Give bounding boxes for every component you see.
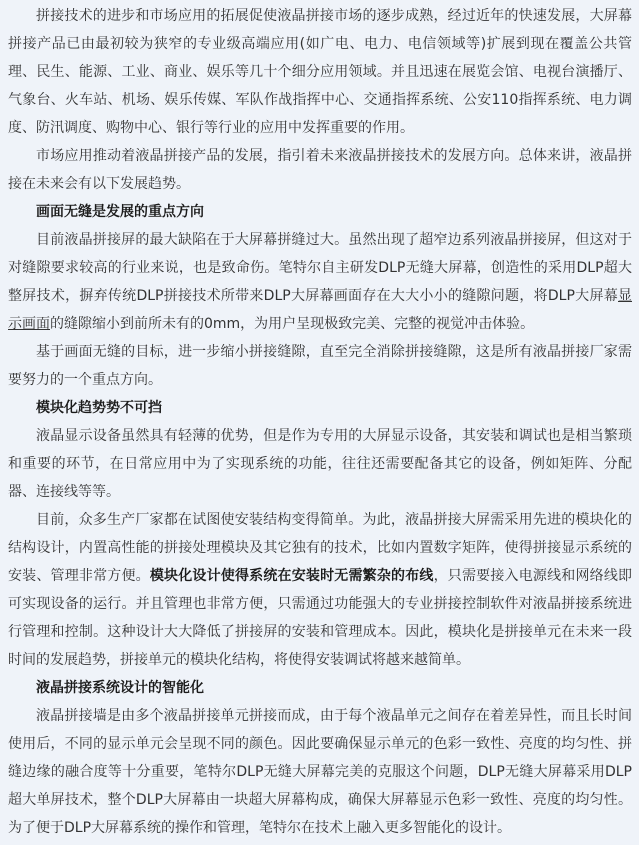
paragraph: 拼接技术的进步和市场应用的拓展促使液晶拼接市场的逐步成熟，经过近年的快速发展，大… [8,2,632,142]
text-run: 液晶拼接墙是由多个液晶拼接单元拼接而成，由于每个液晶单元之间存在着差异性，而且长… [8,708,632,836]
paragraph: 基于画面无缝的目标，进一步缩小拼接缝隙，直至完全消除拼接缝隙，这是所有液晶拼接厂… [8,338,632,394]
text-run: 目前液晶拼接屏的最大缺陷在于大屏幕拼缝过大。虽然出现了超窄边系列液晶拼接屏，但这… [8,232,632,304]
text-run: 基于画面无缝的目标，进一步缩小拼接缝隙，直至完全消除拼接缝隙，这是所有液晶拼接厂… [8,344,632,388]
paragraph: 液晶显示设备虽然具有轻薄的优势，但是作为专用的大屏显示设备，其安装和调试也是相当… [8,422,632,506]
section-heading: 液晶拼接系统设计的智能化 [8,674,632,702]
paragraph: 目前，众多生产厂家都在试图使安装结构变得简单。为此，液晶拼接大屏需采用先进的模块… [8,506,632,674]
text-run: 画面无缝是发展的重点方向 [36,204,204,220]
article-body: 拼接技术的进步和市场应用的拓展促使液晶拼接市场的逐步成熟，经过近年的快速发展，大… [0,0,639,842]
text-run: 模块化趋势势不可挡 [36,400,162,416]
section-heading: 模块化趋势势不可挡 [8,394,632,422]
bold-text: 模块化设计使得系统在安装时无需繁杂的布线 [150,568,434,584]
paragraph: 目前液晶拼接屏的最大缺陷在于大屏幕拼缝过大。虽然出现了超窄边系列液晶拼接屏，但这… [8,226,632,338]
text-run: 液晶显示设备虽然具有轻薄的优势，但是作为专用的大屏显示设备，其安装和调试也是相当… [8,428,632,500]
text-run: 的缝隙缩小到前所未有的0mm，为用户呈现极致完美、完整的视觉冲击体验。 [50,316,534,332]
text-run: 液晶拼接系统设计的智能化 [36,680,204,696]
text-run: 市场应用推动着液晶拼接产品的发展，指引着未来液晶拼接技术的发展方向。总体来讲，液… [8,148,632,192]
page: { "page": { "background_color": "#eff3f9… [0,0,639,845]
text-run: 拼接技术的进步和市场应用的拓展促使液晶拼接市场的逐步成熟，经过近年的快速发展，大… [8,8,632,136]
paragraph: 市场应用推动着液晶拼接产品的发展，指引着未来液晶拼接技术的发展方向。总体来讲，液… [8,142,632,198]
paragraph: 液晶拼接墙是由多个液晶拼接单元拼接而成，由于每个液晶单元之间存在着差异性，而且长… [8,702,632,842]
section-heading: 画面无缝是发展的重点方向 [8,198,632,226]
